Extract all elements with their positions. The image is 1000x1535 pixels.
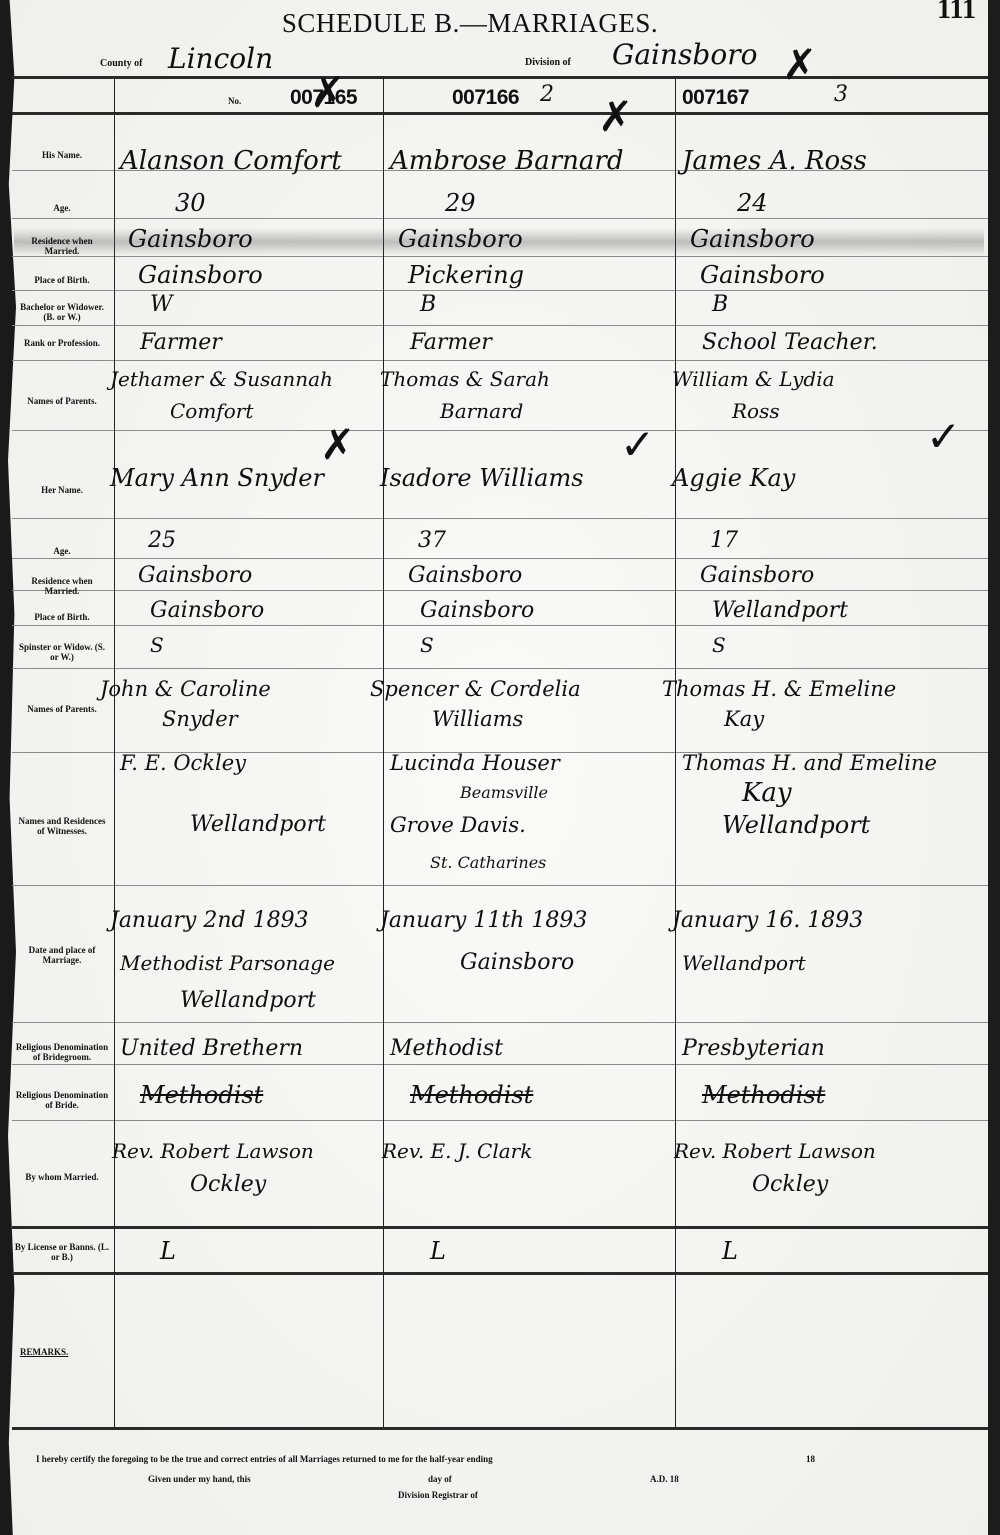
label-bride-religion: Religious Denomination of Bride.	[14, 1090, 110, 1110]
rule	[12, 1120, 988, 1121]
rule	[12, 1427, 988, 1430]
division-value: Gainsboro	[612, 38, 757, 71]
rule	[12, 76, 988, 79]
his-parents-line2: Barnard	[440, 398, 523, 424]
bride-religion: Methodist	[702, 1082, 825, 1108]
footer-year-suffix: 18	[806, 1454, 815, 1464]
marriage-date: January 16. 1893	[672, 908, 863, 934]
her-parents-line2: Snyder	[162, 706, 238, 732]
entry-number: 007167	[682, 86, 749, 110]
license-banns: L	[722, 1238, 738, 1264]
footer-certify: I hereby certify the foregoing to be the…	[36, 1454, 493, 1464]
rule	[12, 558, 988, 559]
witness-line2: Kay	[742, 780, 792, 806]
married-by-line2: Ockley	[752, 1172, 828, 1198]
rule	[12, 1022, 988, 1023]
witness-line3: Wellandport	[722, 812, 870, 838]
his-birthplace: Pickering	[408, 262, 524, 288]
bachelor-widower: W	[150, 292, 173, 318]
cross-mark-icon: ✗	[320, 420, 355, 469]
entry-annotation: 2	[540, 82, 554, 107]
label-remarks: REMARKS.	[20, 1347, 68, 1357]
label-license-banns: By License or Banns. (L. or B.)	[14, 1242, 110, 1262]
label-rank-profession: Rank or Profession.	[14, 338, 110, 348]
rule	[12, 518, 988, 519]
bachelor-widower: B	[420, 292, 436, 318]
her-parents-line2: Kay	[724, 706, 764, 732]
footer-given: Given under my hand, this	[148, 1474, 251, 1484]
label-date-place: Date and place of Marriage.	[14, 945, 110, 965]
groom-religion: Methodist	[390, 1036, 503, 1062]
number-label: No.	[228, 96, 241, 106]
her-age: 17	[710, 528, 738, 554]
profession: Farmer	[140, 330, 222, 356]
footer-ad: A.D. 18	[650, 1474, 679, 1484]
county-value: Lincoln	[168, 42, 273, 75]
cross-mark-icon: ✗	[598, 92, 633, 141]
spinster-widow: S	[420, 632, 434, 658]
married-by-line1: Rev. E. J. Clark	[382, 1138, 532, 1164]
his-name: James A. Ross	[682, 148, 867, 174]
witness-line3: Grove Davis.	[390, 812, 526, 838]
his-birthplace: Gainsboro	[138, 262, 263, 288]
her-birthplace: Wellandport	[712, 598, 848, 624]
rule	[12, 1226, 988, 1229]
his-parents-line2: Ross	[732, 398, 780, 424]
label-bachelor-widower: Bachelor or Widower. (B. or W.)	[14, 302, 110, 322]
rule	[12, 1064, 988, 1065]
division-label: Division of	[525, 57, 571, 68]
witness-line4: St. Catharines	[430, 850, 546, 876]
her-parents-line1: Thomas H. & Emeline	[662, 676, 896, 702]
cross-mark-icon: ✗	[782, 40, 817, 89]
column-divider	[675, 76, 676, 1427]
witness-line1: F. E. Ockley	[120, 750, 246, 776]
her-parents-line2: Williams	[432, 706, 523, 732]
label-his-parents: Names of Parents.	[14, 396, 110, 406]
rule	[12, 590, 988, 591]
bride-religion: Methodist	[140, 1082, 263, 1108]
label-married-by: By whom Married.	[14, 1172, 110, 1182]
label-her-age: Age.	[14, 546, 110, 556]
her-name: Mary Ann Snyder	[110, 465, 324, 491]
witness-line1: Lucinda Houser	[390, 750, 560, 776]
scan-left-edge	[0, 0, 16, 1535]
marriage-place-line1: Wellandport	[682, 950, 806, 976]
his-age: 30	[175, 190, 206, 216]
his-residence: Gainsboro	[398, 226, 523, 252]
rule	[12, 360, 988, 361]
her-parents-line1: John & Caroline	[100, 676, 271, 702]
rule	[12, 668, 988, 669]
spinster-widow: S	[712, 632, 726, 658]
his-name: Alanson Comfort	[120, 148, 342, 174]
license-banns: L	[160, 1238, 176, 1264]
her-name: Isadore Williams	[380, 465, 584, 491]
her-birthplace: Gainsboro	[150, 598, 264, 624]
his-age: 29	[445, 190, 476, 216]
marriage-date: January 11th 1893	[380, 908, 587, 934]
her-parents-line1: Spencer & Cordelia	[370, 676, 581, 702]
his-age: 24	[737, 190, 768, 216]
profession: School Teacher.	[702, 330, 878, 356]
rule	[12, 325, 988, 326]
entry-number: 007166	[452, 86, 519, 110]
label-his-name: His Name.	[14, 150, 110, 160]
his-parents-line2: Comfort	[170, 398, 253, 424]
marriage-register-page: SCHEDULE B.—MARRIAGES. 111 County of Lin…	[0, 0, 1000, 1535]
label-witnesses: Names and Residences of Witnesses.	[14, 816, 110, 836]
his-residence: Gainsboro	[128, 226, 253, 252]
entry-annotation: 3	[834, 82, 848, 107]
profession: Farmer	[410, 330, 492, 356]
label-spinster-widow: Spinster or Widow. (S. or W.)	[14, 642, 110, 662]
column-divider	[383, 76, 384, 1427]
her-age: 37	[418, 528, 446, 554]
checkmark-icon: ✓	[926, 412, 961, 461]
bachelor-widower: B	[712, 292, 728, 318]
label-her-residence: Residence when Married.	[14, 576, 110, 596]
married-by-line1: Rev. Robert Lawson	[112, 1138, 314, 1164]
label-her-place-of-birth: Place of Birth.	[14, 612, 110, 622]
label-groom-religion: Religious Denomination of Bridegroom.	[14, 1042, 110, 1062]
his-birthplace: Gainsboro	[700, 262, 825, 288]
label-age: Age.	[14, 203, 110, 213]
label-place-of-birth: Place of Birth.	[14, 275, 110, 285]
his-name: Ambrose Barnard	[390, 148, 624, 174]
married-by-line1: Rev. Robert Lawson	[674, 1138, 876, 1164]
column-divider	[114, 76, 115, 1427]
rule	[12, 256, 988, 257]
her-name: Aggie Kay	[672, 465, 795, 491]
page-title: SCHEDULE B.—MARRIAGES.	[250, 8, 690, 39]
rule	[12, 218, 988, 219]
bride-religion: Methodist	[410, 1082, 533, 1108]
page-number: 111	[937, 0, 976, 26]
spinster-widow: S	[150, 632, 164, 658]
her-age: 25	[148, 528, 176, 554]
footer-registrar: Division Registrar of	[398, 1490, 478, 1500]
groom-religion: Presbyterian	[682, 1036, 825, 1062]
witness-line1: Thomas H. and Emeline	[682, 750, 937, 776]
footer-day-of: day of	[428, 1474, 452, 1484]
rule	[12, 625, 988, 626]
rule	[12, 885, 988, 886]
rule	[12, 430, 988, 431]
rule	[12, 1272, 988, 1275]
his-parents-line1: William & Lydia	[672, 366, 835, 392]
checkmark-icon: ✓	[620, 420, 655, 469]
marriage-place-line1: Gainsboro	[460, 950, 574, 976]
groom-religion: United Brethern	[120, 1036, 303, 1062]
his-residence: Gainsboro	[690, 226, 815, 252]
her-residence: Gainsboro	[138, 563, 252, 589]
her-residence: Gainsboro	[700, 563, 814, 589]
label-her-parents: Names of Parents.	[14, 704, 110, 714]
his-parents-line1: Jethamer & Susannah	[110, 366, 333, 392]
marriage-place-line1: Methodist Parsonage	[120, 950, 335, 976]
scan-right-edge	[988, 0, 1000, 1535]
her-residence: Gainsboro	[408, 563, 522, 589]
county-label: County of	[100, 58, 143, 69]
rule	[12, 112, 988, 115]
rule	[12, 290, 988, 291]
married-by-line2: Ockley	[190, 1172, 266, 1198]
marriage-date: January 2nd 1893	[110, 908, 309, 934]
his-parents-line1: Thomas & Sarah	[380, 366, 550, 392]
her-birthplace: Gainsboro	[420, 598, 534, 624]
label-her-name: Her Name.	[14, 485, 110, 495]
label-residence: Residence when Married.	[14, 236, 110, 256]
witness-line2: Beamsville	[460, 780, 548, 806]
witness-line3: Wellandport	[190, 812, 326, 838]
cross-mark-icon: ✗	[310, 68, 345, 117]
marriage-place-line2: Wellandport	[180, 988, 316, 1014]
license-banns: L	[430, 1238, 446, 1264]
